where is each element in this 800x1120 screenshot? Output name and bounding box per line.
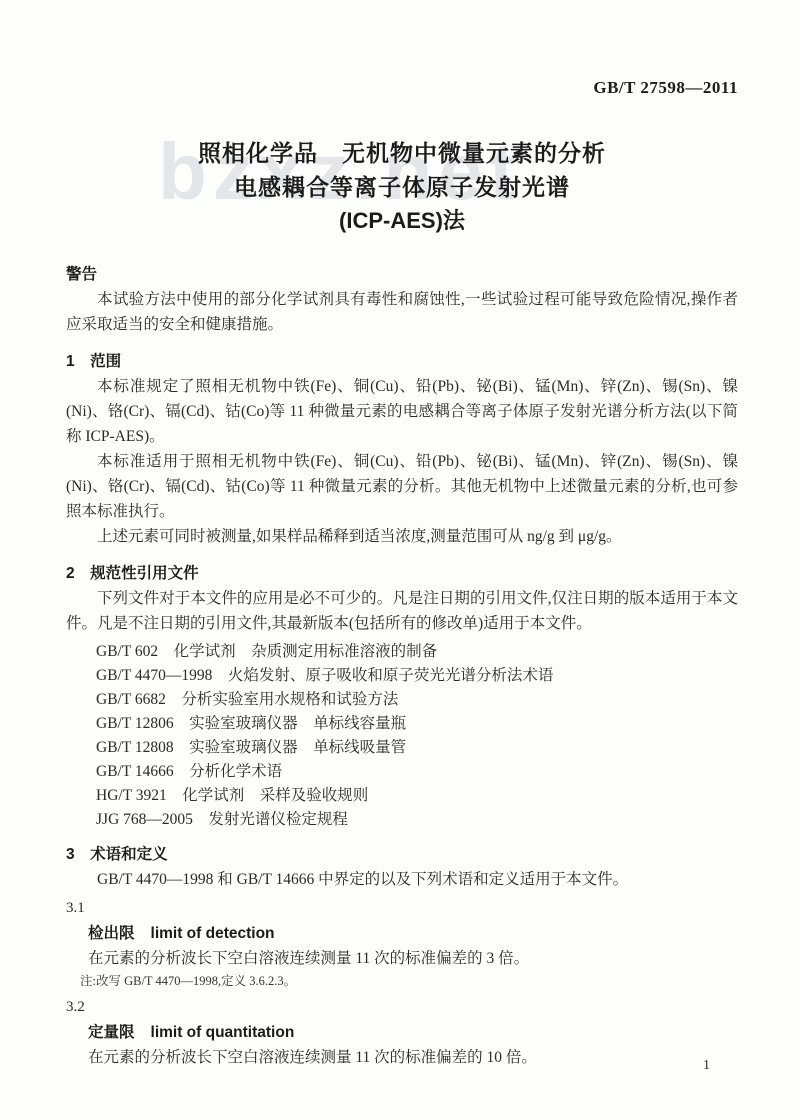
term-definition: 在元素的分析波长下空白溶液连续测量 11 次的标准偏差的 10 倍。: [66, 1045, 738, 1070]
term-en: limit of quantitation: [151, 1024, 295, 1041]
document-title: 照相化学品 无机物中微量元素的分析 电感耦合等离子体原子发射光谱 (ICP-AE…: [66, 136, 738, 238]
scope-paragraph-3: 上述元素可同时被测量,如果样品稀释到适当浓度,测量范围可从 ng/g 到 μg/…: [66, 524, 738, 549]
term-title: 检出限limit of detection: [66, 921, 738, 946]
reference-item: GB/T 602 化学试剂 杂质测定用标准溶液的制备: [66, 640, 738, 664]
warning-paragraph: 本试验方法中使用的部分化学试剂具有毒性和腐蚀性,一些试验过程可能导致危险情况,操…: [66, 287, 738, 337]
scope-paragraph-1: 本标准规定了照相无机物中铁(Fe)、铜(Cu)、铅(Pb)、铋(Bi)、锰(Mn…: [66, 374, 738, 449]
page-content: GB/T 27598—2011 照相化学品 无机物中微量元素的分析 电感耦合等离…: [0, 0, 800, 1070]
section-heading-scope: 1 范围: [66, 349, 738, 374]
term-number: 3.2: [66, 995, 738, 1020]
term-title: 定量限limit of quantitation: [66, 1020, 738, 1045]
reference-item: GB/T 12808 实验室玻璃仪器 单标线吸量管: [66, 736, 738, 760]
reference-item: GB/T 14666 分析化学术语: [66, 760, 738, 784]
term-definition: 在元素的分析波长下空白溶液连续测量 11 次的标准偏差的 3 倍。: [66, 946, 738, 971]
terms-intro-paragraph: GB/T 4470—1998 和 GB/T 14666 中界定的以及下列术语和定…: [66, 867, 738, 892]
references-list: GB/T 602 化学试剂 杂质测定用标准溶液的制备 GB/T 4470—199…: [66, 640, 738, 832]
reference-item: GB/T 12806 实验室玻璃仪器 单标线容量瓶: [66, 712, 738, 736]
warning-heading: 警告: [66, 262, 738, 287]
term-note: 注:改写 GB/T 4470—1998,定义 3.6.2.3。: [66, 971, 738, 991]
term-number: 3.1: [66, 896, 738, 921]
section-heading-normative-references: 2 规范性引用文件: [66, 561, 738, 586]
term-en: limit of detection: [151, 925, 275, 942]
standard-code: GB/T 27598—2011: [66, 0, 738, 98]
reference-item: GB/T 6682 分析实验室用水规格和试验方法: [66, 688, 738, 712]
section-heading-terms-definitions: 3 术语和定义: [66, 842, 738, 867]
reference-item: JJG 768—2005 发射光谱仪检定规程: [66, 808, 738, 832]
term-cn: 检出限: [88, 925, 135, 942]
title-line-3: (ICP-AES)法: [66, 204, 738, 238]
scope-paragraph-2: 本标准适用于照相无机物中铁(Fe)、铜(Cu)、铅(Pb)、铋(Bi)、锰(Mn…: [66, 449, 738, 524]
normative-references-paragraph: 下列文件对于本文件的应用是必不可少的。凡是注日期的引用文件,仅注日期的版本适用于…: [66, 586, 738, 636]
term-cn: 定量限: [88, 1024, 135, 1041]
reference-item: GB/T 4470—1998 火焰发射、原子吸收和原子荧光光谱分析法术语: [66, 664, 738, 688]
document-page: bzxz.net GB/T 27598—2011 照相化学品 无机物中微量元素的…: [0, 0, 800, 1120]
title-line-2: 电感耦合等离子体原子发射光谱: [66, 170, 738, 204]
reference-item: HG/T 3921 化学试剂 采样及验收规则: [66, 784, 738, 808]
title-line-1: 照相化学品 无机物中微量元素的分析: [66, 136, 738, 170]
